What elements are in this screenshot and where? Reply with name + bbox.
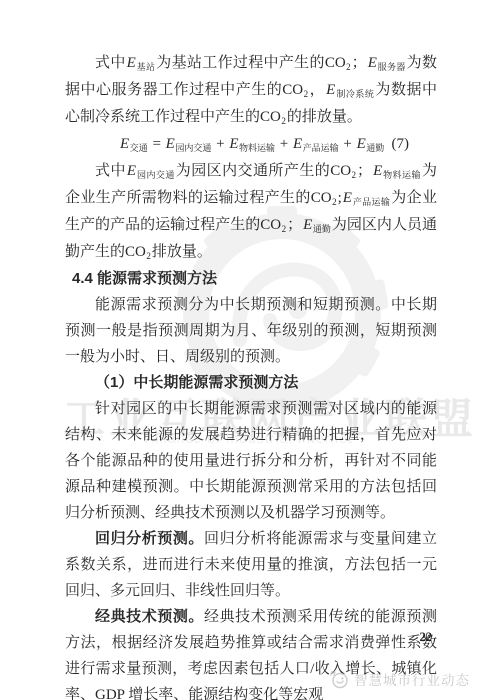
paragraph: 针对园区的中长期能源需求预测需对区域内的能源结构、未来能源的发展趋势进行精确的把… xyxy=(65,396,437,526)
document-page: 工业互联网产业联盟 Alliance of Industrial Interne… xyxy=(0,0,495,700)
paragraph: 回归分析预测。回归分析将能源需求与变量间建立系数关系，进而进行未来使用量的推演，… xyxy=(65,526,437,604)
section-heading: 4.4 能源需求预测方法 xyxy=(65,266,437,292)
equation-number: (7) xyxy=(392,131,410,157)
wechat-account-icon xyxy=(329,669,349,689)
paragraph: 能源需求预测分为中长期预测和短期预测。中长期预测一般是指预测周期为月、年级别的预… xyxy=(65,292,437,370)
page-number: 22 xyxy=(420,630,433,645)
footer-brand-label: 智慧城市行业动态 xyxy=(354,669,470,689)
paragraph: 式中E基站为基站工作过程中产生的CO2；E服务器为数据中心服务器工作过程中产生的… xyxy=(65,50,437,131)
footer-brand: 智慧城市行业动态 xyxy=(329,669,470,689)
equation: E交通 = E园内交通 + E物料运输 + E产品运输 + E通勤(7) xyxy=(65,131,437,158)
document-body: 式中E基站为基站工作过程中产生的CO2；E服务器为数据中心服务器工作过程中产生的… xyxy=(65,50,437,700)
sub-section-heading: （1）中长期能源需求预测方法 xyxy=(65,370,437,396)
paragraph: 式中E园内交通为园区内交通所产生的CO2；E物料运输为企业生产所需物料的运输过程… xyxy=(65,158,437,266)
